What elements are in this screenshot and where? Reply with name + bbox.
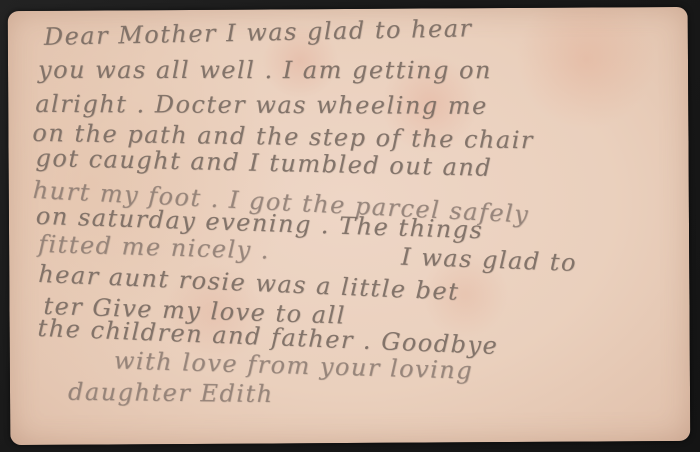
handwritten-line: Dear Mother I was glad to hear bbox=[44, 14, 473, 51]
handwritten-line: I was glad to bbox=[401, 243, 578, 277]
handwritten-line: alright . Docter was wheeling me bbox=[35, 90, 488, 120]
scan-background: Dear Mother I was glad to hear you was a… bbox=[0, 0, 700, 452]
handwritten-line: daughter Edith bbox=[68, 378, 274, 408]
handwritten-line: you was all well . I am getting on bbox=[38, 56, 492, 84]
postcard-paper: Dear Mother I was glad to hear you was a… bbox=[8, 7, 691, 445]
handwritten-message: Dear Mother I was glad to hear you was a… bbox=[8, 7, 691, 445]
handwritten-line: fitted me nicely . bbox=[38, 230, 271, 265]
